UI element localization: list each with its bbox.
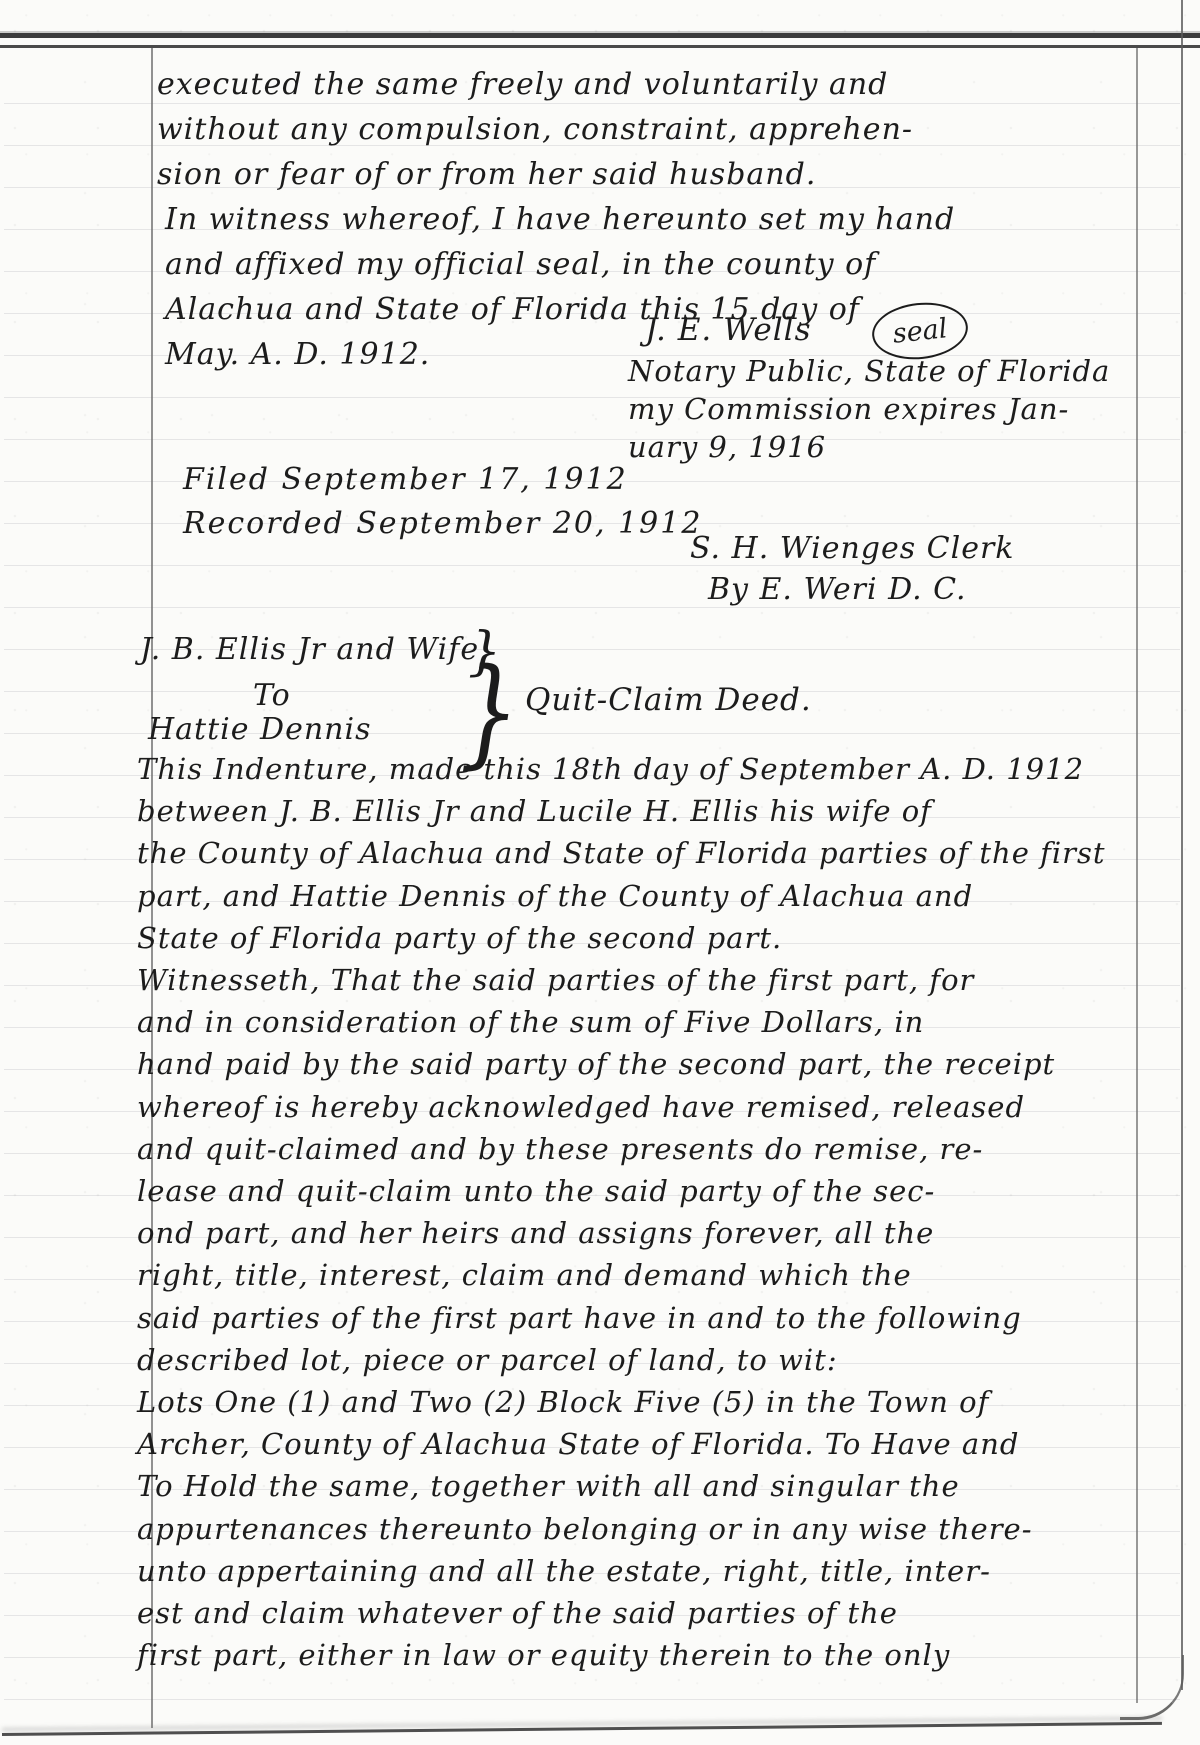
handwritten-line: whereof is hereby acknowledged have remi… xyxy=(137,1086,1106,1128)
handwritten-line: appurtenances thereunto belonging or in … xyxy=(137,1508,1106,1550)
handwritten-line: Witnesseth, That the said parties of the… xyxy=(137,959,1106,1001)
handwritten-line: In witness whereof, I have hereunto set … xyxy=(165,197,955,242)
page-edge-right xyxy=(1181,0,1183,1690)
right-margin-line xyxy=(1136,48,1138,1703)
handwritten-line: without any compulsion, constraint, appr… xyxy=(157,107,955,152)
page-edge-bottom xyxy=(2,1722,1162,1736)
handwritten-line: To Hold the same, together with all and … xyxy=(137,1465,1106,1507)
instrument-title: Quit-Claim Deed. xyxy=(525,682,812,718)
handwritten-line: and in consideration of the sum of Five … xyxy=(137,1001,1106,1043)
handwritten-line: the County of Alachua and State of Flori… xyxy=(137,832,1106,874)
deed-body: This Indenture, made this 18th day of Se… xyxy=(137,748,1106,1676)
handwritten-line: unto appertaining and all the estate, ri… xyxy=(137,1550,1106,1592)
filing-record: Filed September 17, 1912Recorded Septemb… xyxy=(183,458,702,546)
handwritten-line: lease and quit-claim unto the said party… xyxy=(137,1170,1106,1212)
page-edge-corner xyxy=(1120,1655,1184,1720)
notary-attestation: Notary Public, State of Floridamy Commis… xyxy=(628,352,1110,466)
handwritten-line: S. H. Wienges Clerk xyxy=(690,528,1014,569)
handwritten-line: between J. B. Ellis Jr and Lucile H. Ell… xyxy=(137,790,1106,832)
notary-signature: J. E. Wells xyxy=(645,312,811,348)
handwritten-line: ond part, and her heirs and assigns fore… xyxy=(137,1212,1106,1254)
top-rule-thin xyxy=(0,45,1200,48)
handwritten-line: and affixed my official seal, in the cou… xyxy=(165,242,955,287)
handwritten-line: This Indenture, made this 18th day of Se… xyxy=(137,748,1106,790)
seal-label: seal xyxy=(891,313,949,350)
handwritten-line: part, and Hattie Dennis of the County of… xyxy=(137,875,1106,917)
handwritten-line: Archer, County of Alachua State of Flori… xyxy=(137,1423,1106,1465)
handwritten-line: By E. Weri D. C. xyxy=(708,569,1014,610)
handwritten-line: my Commission expires Jan- xyxy=(628,390,1110,428)
handwritten-line: Recorded September 20, 1912 xyxy=(183,502,702,546)
handwritten-line: Filed September 17, 1912 xyxy=(183,458,702,502)
page-scan: executed the same freely and voluntarily… xyxy=(0,0,1200,1745)
caption-to: To xyxy=(253,678,291,713)
caption-grantee: Hattie Dennis xyxy=(148,712,371,747)
handwritten-line: Alachua and State of Florida this 15 day… xyxy=(165,287,955,332)
handwritten-line: and quit-claimed and by these presents d… xyxy=(137,1128,1106,1170)
handwritten-line: Lots One (1) and Two (2) Block Five (5) … xyxy=(137,1381,1106,1423)
handwritten-line: State of Florida party of the second par… xyxy=(137,917,1106,959)
handwritten-line: Notary Public, State of Florida xyxy=(628,352,1110,390)
handwritten-line: hand paid by the said party of the secon… xyxy=(137,1043,1106,1085)
acknowledgment-paragraph: executed the same freely and voluntarily… xyxy=(157,62,955,377)
top-rule-thick xyxy=(0,33,1200,38)
handwritten-line: said parties of the first part have in a… xyxy=(137,1297,1106,1339)
handwritten-line: executed the same freely and voluntarily… xyxy=(157,62,955,107)
handwritten-line: right, title, interest, claim and demand… xyxy=(137,1254,1106,1296)
handwritten-line: sion or fear of or from her said husband… xyxy=(157,152,955,197)
handwritten-line: first part, either in law or equity ther… xyxy=(137,1634,1106,1676)
handwritten-line: est and claim whatever of the said parti… xyxy=(137,1592,1106,1634)
clerk-signature-block: S. H. Wienges ClerkBy E. Weri D. C. xyxy=(690,528,1014,610)
caption-grantor: J. B. Ellis Jr and Wife xyxy=(140,632,479,667)
handwritten-line: described lot, piece or parcel of land, … xyxy=(137,1339,1106,1381)
